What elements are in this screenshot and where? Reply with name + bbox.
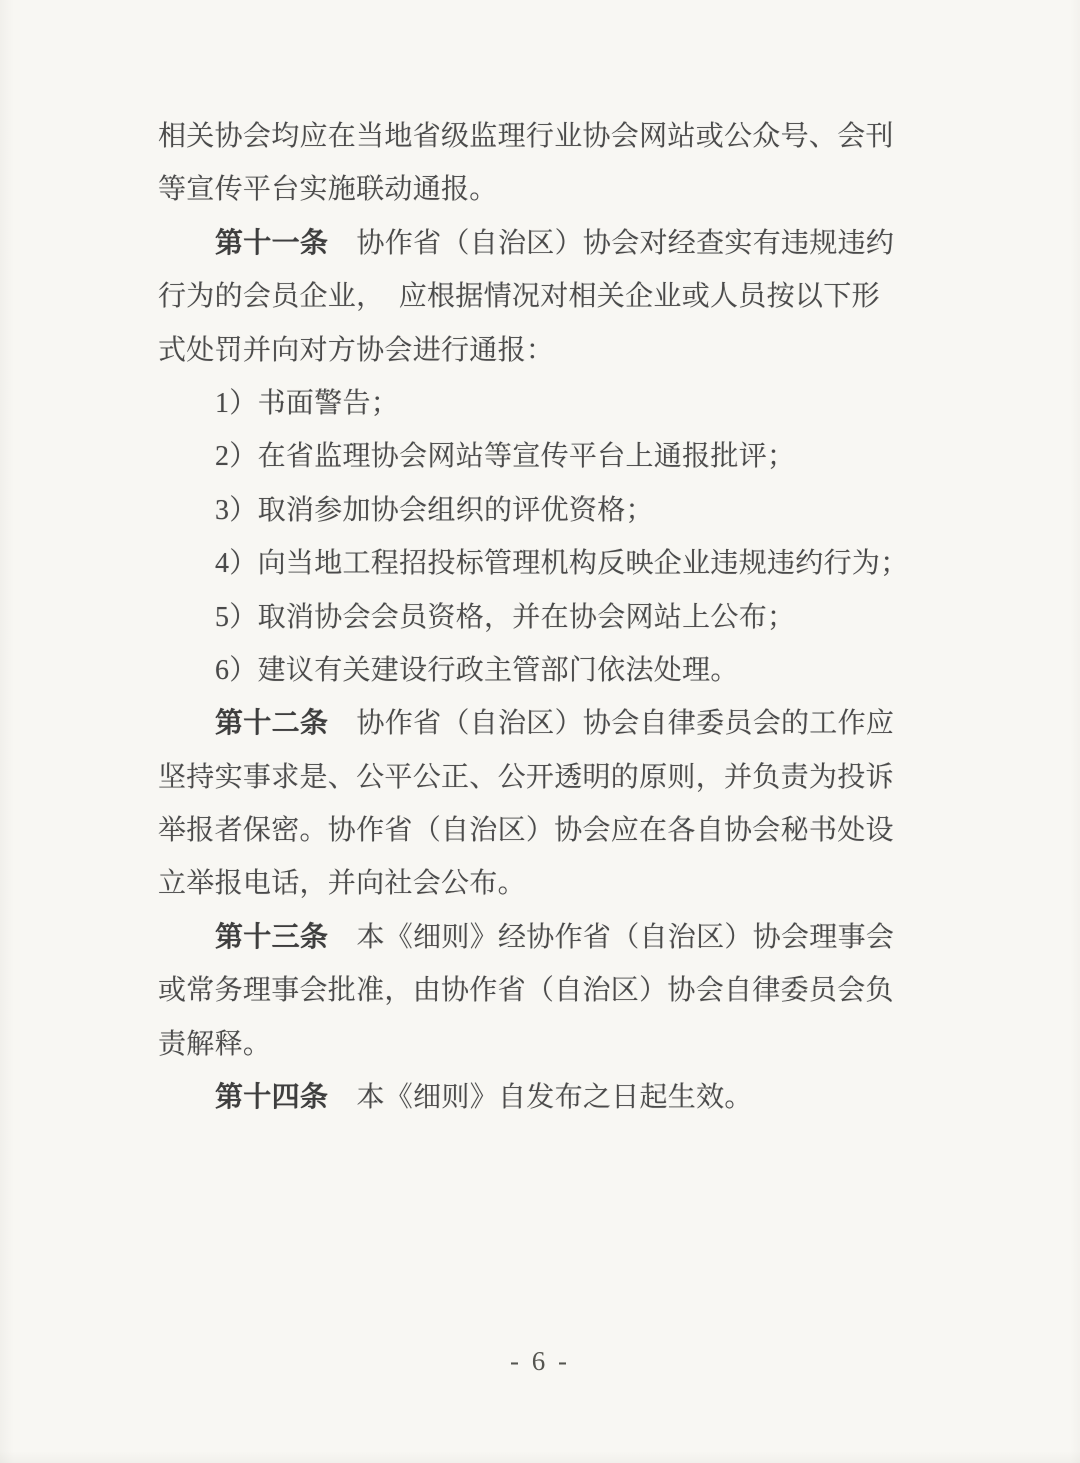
scanned-document-page: { "page": { "background_color": "#f8f7f3…: [0, 0, 1080, 1463]
text-line: 行为的会员企业， 应根据情况对相关企业或人员按以下形: [158, 270, 918, 323]
article-11-heading-line: 第十一条 协作省（自治区）协会对经查实有违规违约: [158, 217, 918, 270]
text-line: 或常务理事会批准，由协作省（自治区）协会自律委员会负: [158, 964, 918, 1017]
text-line: 式处罚并向对方协会进行通报：: [158, 324, 918, 377]
article-text: 协作省（自治区）协会自律委员会的工作应: [328, 708, 894, 739]
page-number: - 6 -: [0, 1346, 1080, 1377]
document-body: 相关协会均应在当地省级监理行业协会网站或公众号、会刊 等宣传平台实施联动通报。 …: [158, 110, 918, 1124]
text-line: 相关协会均应在当地省级监理行业协会网站或公众号、会刊: [158, 110, 918, 163]
article-number: 第十三条: [215, 922, 328, 953]
article-14-heading-line: 第十四条 本《细则》自发布之日起生效。: [158, 1071, 918, 1124]
article-number: 第十二条: [215, 708, 328, 739]
list-item-6: 6）建议有关建设行政主管部门依法处理。: [158, 644, 918, 697]
article-text: 本《细则》自发布之日起生效。: [328, 1082, 753, 1113]
list-item-5: 5）取消协会会员资格，并在协会网站上公布；: [158, 591, 918, 644]
list-item-3: 3）取消参加协会组织的评优资格；: [158, 484, 918, 537]
article-text: 协作省（自治区）协会对经查实有违规违约: [328, 228, 894, 259]
article-number: 第十四条: [215, 1082, 328, 1113]
article-12-heading-line: 第十二条 协作省（自治区）协会自律委员会的工作应: [158, 697, 918, 750]
list-item-2: 2）在省监理协会网站等宣传平台上通报批评；: [158, 430, 918, 483]
text-line: 坚持实事求是、公平公正、公开透明的原则，并负责为投诉: [158, 751, 918, 804]
list-item-4: 4）向当地工程招投标管理机构反映企业违规违约行为；: [158, 537, 918, 590]
text-line: 责解释。: [158, 1018, 918, 1071]
article-text: 本《细则》经协作省（自治区）协会理事会: [328, 922, 894, 953]
list-item-1: 1）书面警告；: [158, 377, 918, 430]
text-line: 立举报电话，并向社会公布。: [158, 857, 918, 910]
article-number: 第十一条: [215, 228, 328, 259]
text-line: 举报者保密。协作省（自治区）协会应在各自协会秘书处设: [158, 804, 918, 857]
text-line: 等宣传平台实施联动通报。: [158, 163, 918, 216]
article-13-heading-line: 第十三条 本《细则》经协作省（自治区）协会理事会: [158, 911, 918, 964]
